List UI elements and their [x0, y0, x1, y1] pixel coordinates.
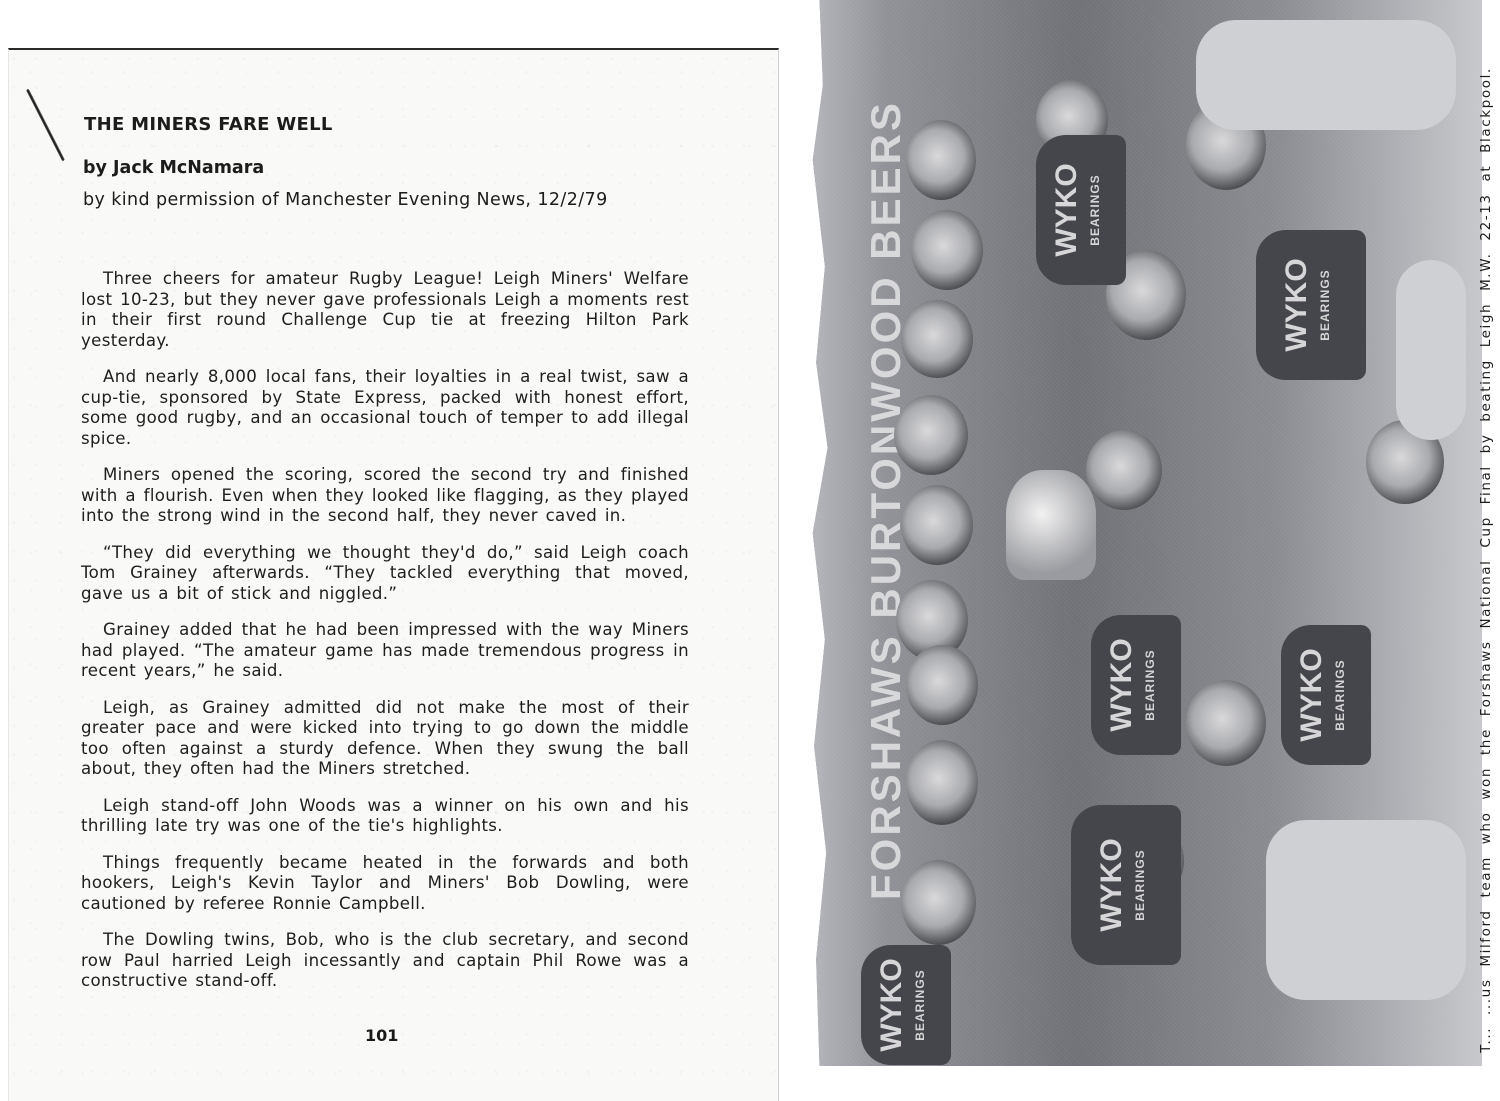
player-head — [906, 645, 978, 725]
photo-caption-text: T... ...us Milford team who won the Fors… — [1478, 67, 1494, 1053]
player-shirt — [1196, 20, 1456, 130]
jersey-sub: BEARINGS — [1081, 163, 1109, 256]
player-head — [901, 300, 973, 378]
article-paragraph: Things frequently became heated in the f… — [81, 853, 689, 915]
sponsor-jersey: WYKOBEARINGS — [1071, 805, 1181, 965]
jersey-sub: BEARINGS — [1326, 648, 1354, 741]
jersey-logo: WYKO — [1295, 648, 1328, 741]
article-paragraph: Grainey added that he had been impressed… — [81, 620, 689, 682]
jersey-sub: BEARINGS — [1126, 838, 1154, 931]
booklet-page: THE MINERS FARE WELL by Jack McNamara by… — [8, 48, 779, 1101]
player-shirt — [1266, 820, 1466, 1000]
article-paragraph: Three cheers for amateur Rugby League! L… — [81, 269, 689, 351]
player-shirt — [1396, 260, 1466, 440]
staple-icon — [26, 89, 65, 162]
jersey-sub: BEARINGS — [1136, 638, 1164, 731]
jersey-sub: BEARINGS — [906, 958, 934, 1051]
page-number: 101 — [365, 1026, 398, 1045]
player-head — [901, 485, 973, 565]
jersey-logo: WYKO — [1280, 258, 1313, 351]
sponsor-jersey: WYKOBEARINGS — [861, 945, 951, 1065]
jersey-logo: WYKO — [1095, 838, 1128, 931]
newspaper-photo-clipping: FORSHAWS BURTONWOOD BEERS WYKOBEARINGS W… — [806, 0, 1482, 1066]
article-title: THE MINERS FARE WELL — [84, 114, 333, 135]
sponsor-jersey: WYKOBEARINGS — [1036, 135, 1126, 285]
article-paragraph: “They did everything we thought they'd d… — [81, 543, 689, 605]
player-head — [1086, 430, 1162, 510]
trophy — [1006, 470, 1096, 580]
player-head — [911, 210, 983, 290]
player-head — [1186, 680, 1266, 766]
article-paragraph: Leigh stand-off John Woods was a winner … — [81, 796, 689, 837]
article-paragraph: Miners opened the scoring, scored the se… — [81, 465, 689, 527]
article-paragraph: Leigh, as Grainey admitted did not make … — [81, 698, 689, 780]
sponsor-jersey: WYKOBEARINGS — [1281, 625, 1371, 765]
player-head — [906, 120, 976, 200]
sponsor-jersey: WYKOBEARINGS — [1256, 230, 1366, 380]
sponsor-jersey: WYKOBEARINGS — [1091, 615, 1181, 755]
article-permission-credit: by kind permission of Manchester Evening… — [83, 190, 608, 210]
article-paragraph: The Dowling twins, Bob, who is the club … — [81, 930, 689, 992]
jersey-logo: WYKO — [1050, 163, 1083, 256]
jersey-logo: WYKO — [875, 958, 908, 1051]
player-head — [894, 395, 968, 475]
jersey-sub: BEARINGS — [1311, 258, 1339, 351]
jersey-logo: WYKO — [1105, 638, 1138, 731]
article-paragraph: And nearly 8,000 local fans, their loyal… — [81, 367, 689, 449]
player-head — [901, 860, 976, 945]
player-head — [906, 740, 978, 825]
article-body: Three cheers for amateur Rugby League! L… — [81, 269, 689, 1008]
photo-caption: T... ...us Milford team who won the Fors… — [1466, 60, 1500, 1060]
article-byline: by Jack McNamara — [83, 158, 264, 178]
